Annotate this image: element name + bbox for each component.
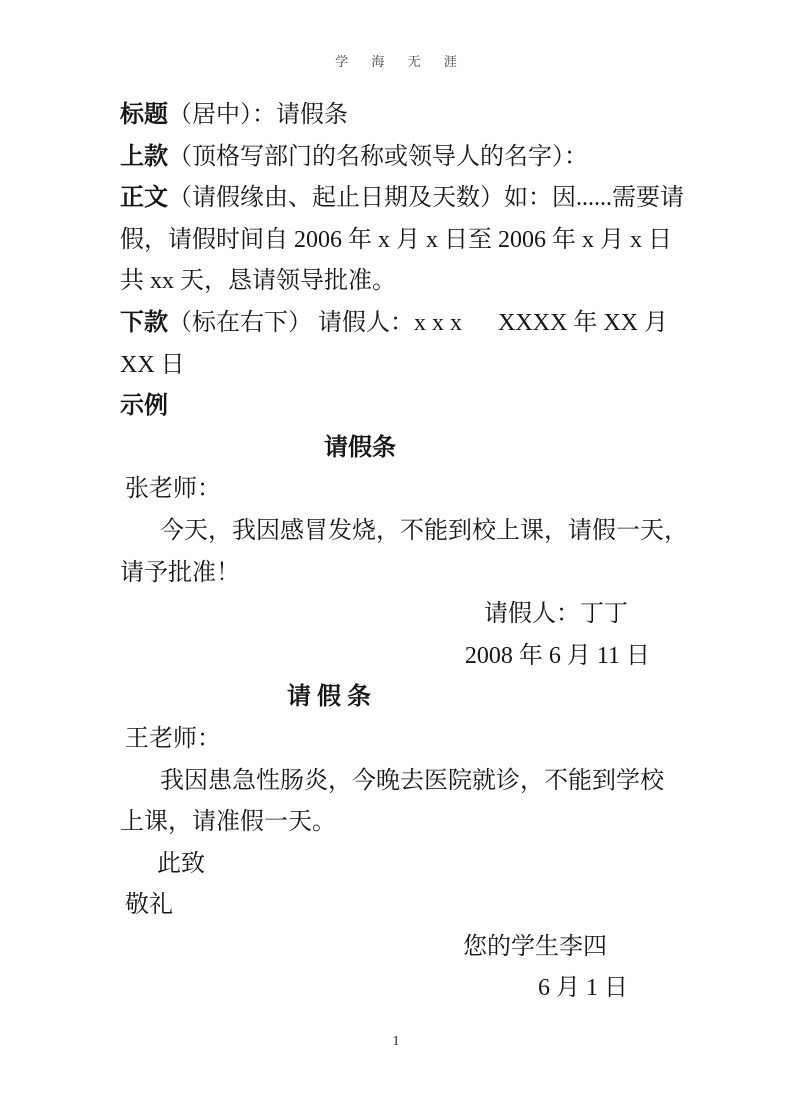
example1-body-line-2: 请予批准！ [120,553,680,595]
guide-zhengwen-line-1: 正文（请假缘由、起止日期及天数）如：因......需要请 [120,178,680,220]
guide-zhengwen-label: 正文 [120,185,168,211]
example1-date: 2008 年 6 月 11 日 [120,636,680,678]
guide-title-label: 标题 [120,102,168,128]
guide-zhengwen-line-3: 共 xx 天，恳请领导批准。 [120,261,680,303]
example2-signature: 您的学生李四 [120,927,680,969]
page-number: 1 [0,1032,792,1052]
example2-closing-cizhi: 此致 [120,844,680,886]
header-watermark: 学 海 无 涯 [0,51,792,70]
example1-salutation: 张老师： [120,469,680,511]
guide-shangkuan-line: 上款（顶格写部门的名称或领导人的名字）： [120,137,680,179]
guide-xiakuan-label: 下款 [120,310,168,336]
example2-body-line-2: 上课，请准假一天。 [120,802,680,844]
guide-shangkuan-text: （顶格写部门的名称或领导人的名字）： [168,144,588,170]
example1-title: 请假条 [120,428,680,470]
example2-closing-jingli: 敬礼 [120,885,680,927]
example1-signature: 请假人：丁丁 [120,594,680,636]
example2-title: 请 假 条 [120,677,680,719]
guide-xiakuan-text: （标在右下） 请假人：x x x XXXX 年 XX 月 [168,310,668,336]
document-page: 学 海 无 涯 标题（居中）：请假条 上款（顶格写部门的名称或领导人的名字）： … [0,0,792,1120]
example2-salutation: 王老师： [120,719,680,761]
guide-xiakuan-line-1: 下款（标在右下） 请假人：x x x XXXX 年 XX 月 [120,303,680,345]
guide-xiakuan-line-2: XX 日 [120,345,680,387]
guide-title-line: 标题（居中）：请假条 [120,95,680,137]
example2-date: 6 月 1 日 [120,968,680,1010]
guide-shangkuan-label: 上款 [120,144,168,170]
guide-title-text: （居中）：请假条 [168,102,348,128]
document-body: 标题（居中）：请假条 上款（顶格写部门的名称或领导人的名字）： 正文（请假缘由、… [120,95,680,1010]
example1-body-line-1: 今天，我因感冒发烧，不能到校上课，请假一天， [120,511,680,553]
guide-zhengwen-line-2: 假，请假时间自 2006 年 x 月 x 日至 2006 年 x 月 x 日 [120,220,680,262]
example2-body-line-1: 我因患急性肠炎，今晚去医院就诊，不能到学校 [120,761,680,803]
shili-label: 示例 [120,386,680,428]
guide-zhengwen-text-1: （请假缘由、起止日期及天数）如：因......需要请 [168,185,684,211]
